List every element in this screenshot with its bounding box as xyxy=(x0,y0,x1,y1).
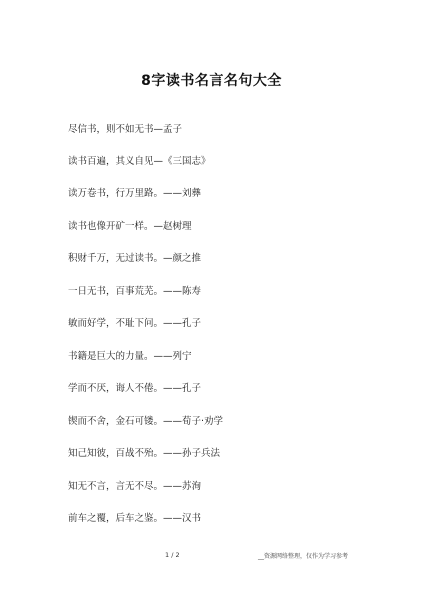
quote-item: 知无不言，言无不尽。——苏洵 xyxy=(68,478,201,492)
quote-item: 尽信书，则不如无书—孟子 xyxy=(68,121,182,135)
quote-item: 学而不厌，诲人不倦。——孔子 xyxy=(68,380,201,394)
page-number: 1 / 2 xyxy=(165,551,180,559)
quote-item: 一日无书，百事荒芜。——陈寿 xyxy=(68,283,201,297)
quote-item: 书籍是巨大的力量。——列宁 xyxy=(68,348,192,362)
page-title: 8字读书名言名句大全 xyxy=(0,70,423,90)
footer-note: __资源网络整理，仅作为学习参考 xyxy=(258,551,348,560)
quote-item: 读书百遍，其义自见—《三国志》 xyxy=(68,153,211,167)
quote-item: 读万卷书，行万里路。——刘彝 xyxy=(68,185,201,199)
quote-item: 读书也像开矿一样。—赵树理 xyxy=(68,218,192,232)
quote-item: 敏而好学，不耻下问。——孔子 xyxy=(68,315,201,329)
quote-item: 积财千万，无过读书。—颜之推 xyxy=(68,250,201,264)
quote-item: 知己知彼，百战不殆。——孙子兵法 xyxy=(68,445,220,459)
quote-item: 锲而不舍，金石可镂。——荀子·劝学 xyxy=(68,413,223,427)
quote-item: 前车之覆，后车之鉴。——汉书 xyxy=(68,510,201,524)
